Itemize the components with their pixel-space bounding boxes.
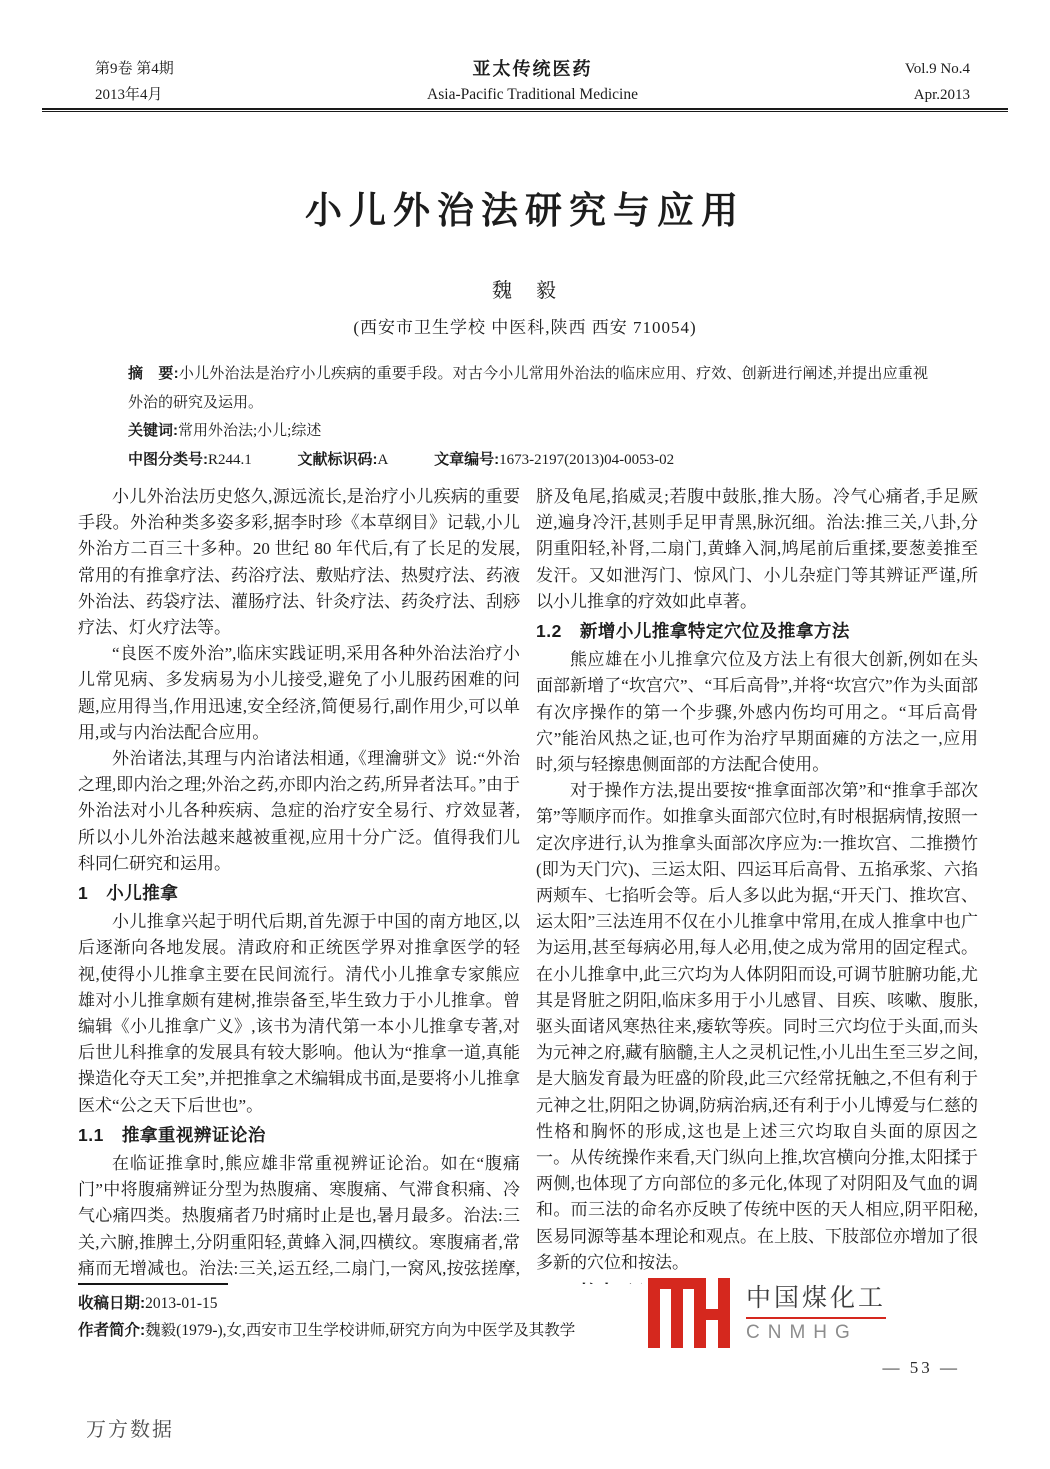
paragraph: 小儿推拿兴起于明代后期,首先源于中国的南方地区,以后逐渐向各地发展。清政府和正统…	[78, 909, 520, 1119]
article-title: 小儿外治法研究与应用	[0, 180, 1050, 234]
journal-name-en: Asia-Pacific Traditional Medicine	[265, 82, 800, 108]
cnmhg-logo-text: 中国煤化工 CNMHG	[746, 1278, 886, 1344]
header-vol-info: Vol.9 No.4 Apr.2013	[800, 56, 970, 108]
article-author: 魏 毅	[0, 274, 1050, 303]
section-heading-1-1: 1.1 推拿重视辨证论治	[78, 1122, 520, 1148]
clc-segment: 中图分类号:R244.1	[128, 452, 252, 468]
right-column: 脐及龟尾,掐威灵;若腹中鼓胀,推大肠。冷气心痛者,手足厥逆,遍身冷汗,甚则手足甲…	[536, 484, 978, 1284]
volume-issue: 第9卷 第4期	[95, 56, 265, 82]
footnote-block: 收稿日期:2013-01-15 作者简介:魏毅(1979-),女,西安市卫生学校…	[78, 1283, 678, 1344]
keywords-line: 关键词:常用外治法;小儿;综述	[128, 417, 928, 446]
paragraph: 小儿外治法历史悠久,源远流长,是治疗小儿疾病的重要手段。外治种类多姿多彩,据李时…	[78, 484, 520, 641]
paragraph: “良医不废外治”,临床实践证明,采用各种外治法治疗小儿常见病、多发病易为小儿接受…	[78, 641, 520, 746]
journal-name-block: 亚太传统医药 Asia-Pacific Traditional Medicine	[265, 56, 800, 108]
article-id-segment: 文章编号:1673-2197(2013)04-0053-02	[434, 452, 674, 468]
header-divider	[42, 108, 1008, 112]
cnmhg-logo-icon	[648, 1278, 732, 1348]
paragraph-continued: 脐及龟尾,掐威灵;若腹中鼓胀,推大肠。冷气心痛者,手足厥逆,遍身冷汗,甚则手足甲…	[536, 484, 978, 615]
journal-name-cn: 亚太传统医药	[265, 56, 800, 82]
abstract-line: 摘 要:小儿外治法是治疗小儿疾病的重要手段。对古今小儿常用外治法的临床应用、疗效…	[128, 360, 928, 417]
abstract-block: 摘 要:小儿外治法是治疗小儿疾病的重要手段。对古今小儿常用外治法的临床应用、疗效…	[128, 360, 928, 474]
author-bio-line: 作者简介:魏毅(1979-),女,西安市卫生学校讲师,研究方向为中医学及其教学	[78, 1317, 678, 1344]
issue-date-en: Apr.2013	[800, 82, 970, 108]
paragraph: 对于操作方法,提出要按“推拿面部次第”和“推拿手部次第”等顺序而作。如推拿头面部…	[536, 778, 978, 1276]
author-bio-value: 魏毅(1979-),女,西安市卫生学校讲师,研究方向为中医学及其教学	[145, 1322, 575, 1339]
paragraph: 在临证推拿时,熊应雄非常重视辨证论治。如在“腹痛门”中将腹痛辨证分型为热腹痛、寒…	[78, 1151, 520, 1284]
received-date-value: 2013-01-15	[145, 1295, 217, 1312]
paragraph: 熊应雄在小儿推拿穴位及方法上有很大创新,例如在头面部新增了“坎宫穴”、“耳后高骨…	[536, 647, 978, 778]
header-issue-info: 第9卷 第4期 2013年4月	[95, 56, 265, 108]
received-date-line: 收稿日期:2013-01-15	[78, 1290, 678, 1317]
issue-date-cn: 2013年4月	[95, 82, 265, 108]
cnmhg-watermark: 中国煤化工 CNMHG	[642, 1272, 896, 1354]
clc-value: R244.1	[208, 452, 252, 468]
article-affiliation: (西安市卫生学校 中医科,陕西 西安 710054)	[0, 313, 1050, 338]
article-id-value: 1673-2197(2013)04-0053-02	[499, 452, 674, 468]
author-bio-label: 作者简介:	[78, 1322, 145, 1339]
journal-page: 第9卷 第4期 2013年4月 亚太传统医药 Asia-Pacific Trad…	[0, 0, 1050, 1469]
classification-line: 中图分类号:R244.1 文献标识码:A 文章编号:1673-2197(2013…	[128, 446, 928, 475]
abstract-text: 小儿外治法是治疗小儿疾病的重要手段。对古今小儿常用外治法的临床应用、疗效、创新进…	[128, 366, 928, 411]
section-heading-1: 1 小儿推拿	[78, 880, 520, 906]
doc-code-value: A	[378, 452, 389, 468]
cnmhg-logo-cn: 中国煤化工	[746, 1278, 886, 1319]
paragraph: 外治诸法,其理与内治诸法相通,《理瀹骈文》说:“外治之理,即内治之理;外治之药,…	[78, 746, 520, 877]
page-number: — 53 —	[883, 1358, 961, 1378]
abstract-label: 摘 要:	[128, 365, 179, 382]
journal-header: 第9卷 第4期 2013年4月 亚太传统医药 Asia-Pacific Trad…	[95, 56, 970, 108]
article-body: 小儿外治法历史悠久,源远流长,是治疗小儿疾病的重要手段。外治种类多姿多彩,据李时…	[78, 484, 978, 1284]
wanfang-watermark: 万方数据	[86, 1413, 174, 1442]
clc-label: 中图分类号:	[128, 451, 208, 468]
footnote-divider	[78, 1283, 228, 1285]
doc-code-segment: 文献标识码:A	[298, 452, 389, 468]
received-date-label: 收稿日期:	[78, 1295, 145, 1312]
keywords-text: 常用外治法;小儿;综述	[178, 423, 321, 439]
vol-no-en: Vol.9 No.4	[800, 56, 970, 82]
cnmhg-logo-en: CNMHG	[746, 1322, 886, 1344]
section-heading-1-2: 1.2 新增小儿推拿特定穴位及推拿方法	[536, 618, 978, 644]
doc-code-label: 文献标识码:	[298, 451, 378, 468]
left-column: 小儿外治法历史悠久,源远流长,是治疗小儿疾病的重要手段。外治种类多姿多彩,据李时…	[78, 484, 520, 1284]
keywords-label: 关键词:	[128, 422, 178, 439]
article-id-label: 文章编号:	[434, 451, 499, 468]
